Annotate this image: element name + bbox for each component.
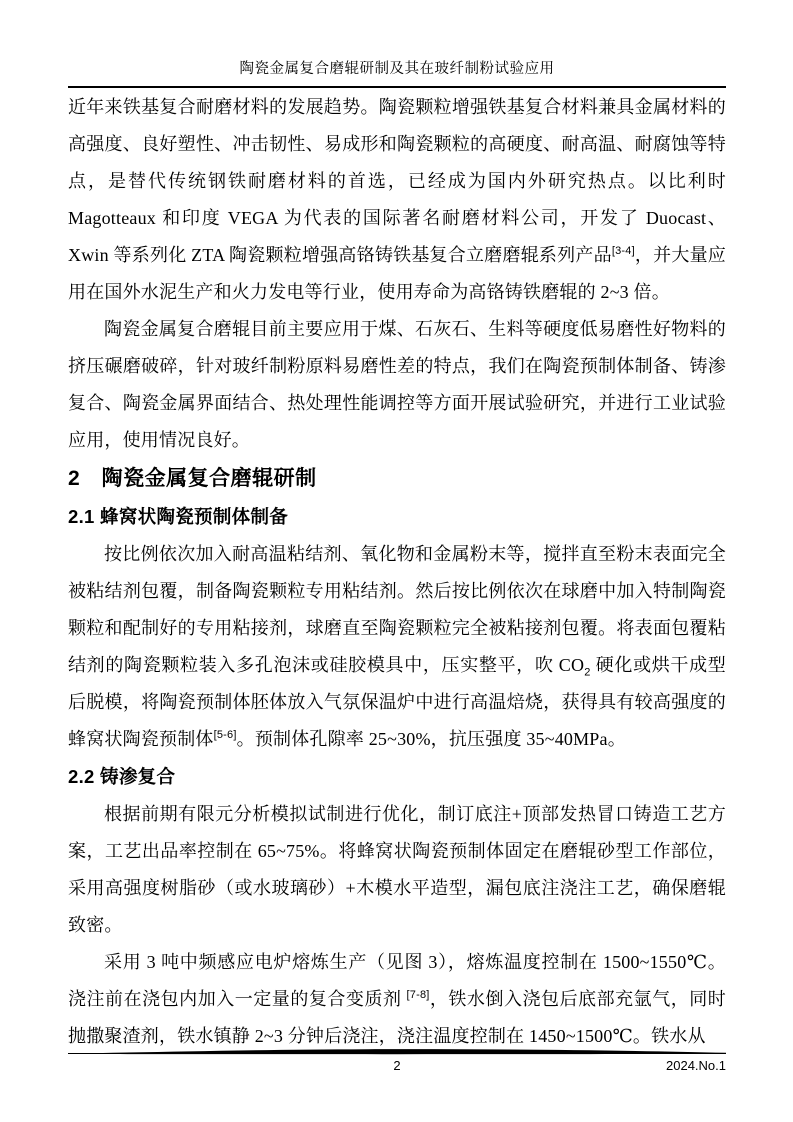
document-body: 近年来铁基复合耐磨材料的发展趋势。陶瓷颗粒增强铁基复合材料兼具金属材料的高强度、… — [68, 89, 726, 1055]
subsection-heading: 2.1 蜂窝状陶瓷预制体制备 — [68, 498, 726, 536]
footer-page-number: 2 — [68, 1057, 726, 1075]
document-page: 陶瓷金属复合磨辊研制及其在玻纤制粉试验应用 近年来铁基复合耐磨材料的发展趋势。陶… — [0, 0, 793, 1122]
section-heading: 2 陶瓷金属复合磨辊研制 — [68, 459, 726, 498]
citation-superscript: [3-4] — [612, 245, 635, 257]
paragraph: 陶瓷金属复合磨辊目前主要应用于煤、石灰石、生料等硬度低易磨性好物料的挤压碾磨破碎… — [68, 311, 726, 459]
paragraph: 近年来铁基复合耐磨材料的发展趋势。陶瓷颗粒增强铁基复合材料兼具金属材料的高强度、… — [68, 89, 726, 311]
paragraph: 采用 3 吨中频感应电炉熔炼生产（见图 3），熔炼温度控制在 1500~1550… — [68, 944, 726, 1055]
citation-superscript: [7-8] — [407, 989, 430, 1001]
paragraph: 根据前期有限元分析模拟试制进行优化，制订底注+顶部发热冒口铸造工艺方案，工艺出品… — [68, 796, 726, 944]
footer-issue-label: 2024.No.1 — [666, 1057, 726, 1075]
chemical-subscript: 2 — [584, 667, 590, 679]
footer-rule — [68, 1048, 726, 1056]
footer-row: 2 2024.No.1 — [68, 1057, 726, 1077]
paragraph: 按比例依次加入耐高温粘结剂、氧化物和金属粉末等，搅拌直至粉末表面完全被粘结剂包覆… — [68, 536, 726, 758]
citation-superscript: [5-6] — [214, 729, 237, 741]
header-rule — [68, 86, 726, 88]
subsection-heading: 2.2 铸渗复合 — [68, 758, 726, 796]
running-header-title: 陶瓷金属复合磨辊研制及其在玻纤制粉试验应用 — [68, 58, 726, 80]
